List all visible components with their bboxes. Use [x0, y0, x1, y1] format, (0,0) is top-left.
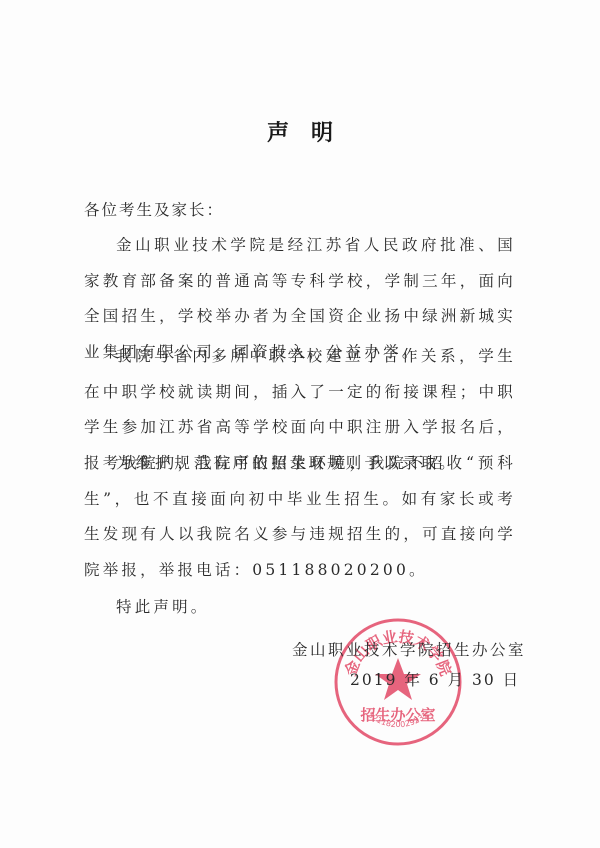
- signed-date: 2019 年 6 月 30 日: [350, 668, 520, 690]
- document-page: 声明 各位考生及家长： 金山职业技术学院是经江苏省人民政府批准、国家教育部备案的…: [0, 0, 600, 848]
- paragraph-3: 为维护规范有序的招生环境，我院不招收“预科生”，也不直接面向初中毕业生招生。如有…: [84, 446, 516, 588]
- salutation: 各位考生及家长：: [84, 198, 224, 220]
- signer-name: 金山职业技术学院招生办公室: [292, 638, 526, 660]
- document-title: 声明: [0, 116, 600, 147]
